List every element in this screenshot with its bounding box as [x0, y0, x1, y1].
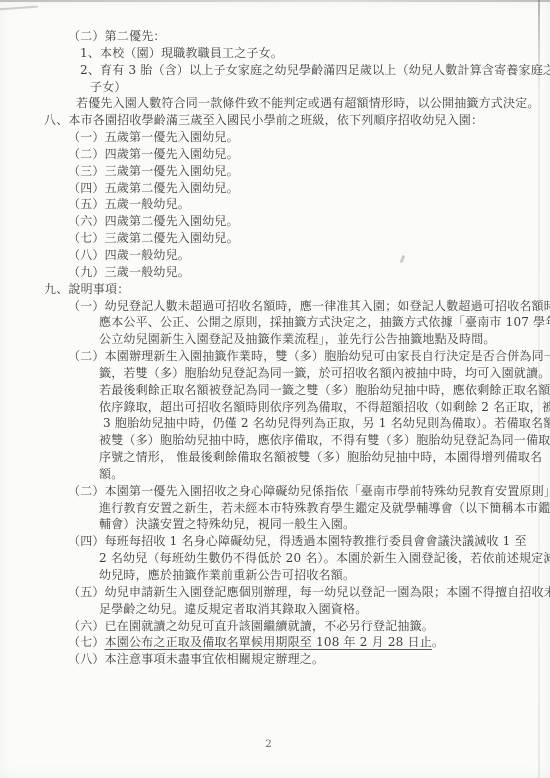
document-line: 依序錄取，超出可招收名額時則依序列為備取，不得超額招收（如剩餘 2 名正取，被 — [0, 399, 550, 416]
page-number: 2 — [0, 738, 537, 750]
document-line: （六）四歲第二優先入園幼兒。 — [0, 213, 550, 230]
document-line: 1、本校（園）現職教職員工之子女。 — [0, 45, 550, 62]
document-line: 額。 — [0, 466, 550, 483]
document-line: （四）每班每招收 1 名身心障礙幼兒，得透過本園特教推行委員會會議決議減收 1 … — [0, 533, 550, 550]
document-line: （六）已在園就讀之幼兒可直升該園繼續就讀，不必另行登記抽籤。 — [0, 618, 550, 635]
document-line: （三）三歲第一優先入園幼兒。 — [0, 163, 550, 180]
document-page: （二）第二優先：1、本校（園）現職教職員工之子女。2、育有 3 胎（含）以上子女… — [0, 0, 550, 778]
document-line: （二）本園第一優先入園招收之身心障礙幼兒係指依「臺南市學前特殊幼兒教育安置原則」 — [0, 483, 550, 500]
document-line: 若最後剩餘正取名額被登記為同一籤之雙（多）胞胎幼兒抽中時，應依剩餘正取名額 — [0, 382, 550, 399]
document-line: （四）五歲第二優先入園幼兒。 — [0, 180, 550, 197]
document-line: 幼兒時，應於抽籤作業前重新公告可招收名額。 — [0, 567, 550, 584]
document-line: （七）本園公布之正取及備取名單候用期限至 108 年 2 月 28 日止。 — [0, 634, 550, 651]
document-line: 3 胞胎幼兒抽中時，仍僅 2 名幼兒得列為正取，另 1 名幼兒則為備取）。若備取… — [0, 415, 550, 432]
document-line: 子女） — [0, 79, 550, 96]
document-line: 八、本市各園招收學齡滿三歲至入國民小學前之班級，依下列順序招收幼兒入園： — [0, 112, 550, 129]
document-line: （九）三歲一般幼兒。 — [0, 264, 550, 281]
document-line: （七）三歲第二優先入園幼兒。 — [0, 230, 550, 247]
document-line: 籤，若雙（多）胞胎幼兒登記為同一籤，於可招收名額內被抽中時，均可入園就讀。 — [0, 365, 550, 382]
document-line: 若優先入園人數符合同一款條件致不能判定或遇有超額情形時，以公開抽籤方式決定。 — [0, 95, 550, 112]
document-lines: （二）第二優先：1、本校（園）現職教職員工之子女。2、育有 3 胎（含）以上子女… — [0, 28, 550, 668]
document-line: （五）幼兒申請新生入園登記應個別辦理，每一幼兒以登記一園為限；本園不得擅自招收未 — [0, 584, 550, 601]
document-line: （一）五歲第一優先入園幼兒。 — [0, 129, 550, 146]
document-line: 序號之情形， 惟最後剩餘備取名額被雙（多）胞胎幼兒抽中時，本園得增列備取名 — [0, 449, 550, 466]
scan-artifact-corner — [0, 6, 38, 10]
document-line: 進行教育安置之新生，若未經本市特殊教育學生鑑定及就學輔導會（以下簡稱本市鑑 — [0, 500, 550, 517]
document-line: 應本公平、公正、公開之原則，採抽籤方式決定之，抽籤方式依據「臺南市 107 學年… — [0, 314, 550, 331]
document-line: 足學齡之幼兒。違反規定者取消其錄取入園資格。 — [0, 601, 550, 618]
document-line: （二）第二優先： — [0, 28, 550, 45]
document-line: （八）四歲一般幼兒。 — [0, 247, 550, 264]
document-line: （五）五歲一般幼兒。 — [0, 196, 550, 213]
document-line: 九、說明事項： — [0, 281, 550, 298]
document-line: （二）四歲第一優先入園幼兒。 — [0, 146, 550, 163]
document-line: （二）本園辦理新生入園抽籤作業時，雙（多）胞胎幼兒可由家長自行決定是否合併為同一 — [0, 348, 550, 365]
document-line: 2 名幼兒（每班幼生數仍不得低於 20 名）。本園於新生入園登記後，若依前述規定… — [0, 550, 550, 567]
document-line: （八）本注意事項未盡事宜依相關規定辦理之。 — [0, 651, 550, 668]
document-line: （一）幼兒登記人數未超過可招收名額時，應一律准其入園；如登記人數超過可招收名額時… — [0, 298, 550, 315]
document-line: 公立幼兒園新生入園登記及抽籤作業流程」，並先行公告抽籤地點及時間。 — [0, 331, 550, 348]
document-line: 輔會）決議安置之特殊幼兒，視同一般生入園。 — [0, 516, 550, 533]
document-line: 被雙（多）胞胎幼兒抽中時，應依序備取，不得有雙（多）胞胎幼兒登記為同一備取 — [0, 432, 550, 449]
document-line: 2、育有 3 胎（含）以上子女家庭之幼兒學齡滿四足歲以上（幼兒人數計算含寄養家庭… — [0, 62, 550, 79]
scan-edge-top — [0, 0, 550, 2]
